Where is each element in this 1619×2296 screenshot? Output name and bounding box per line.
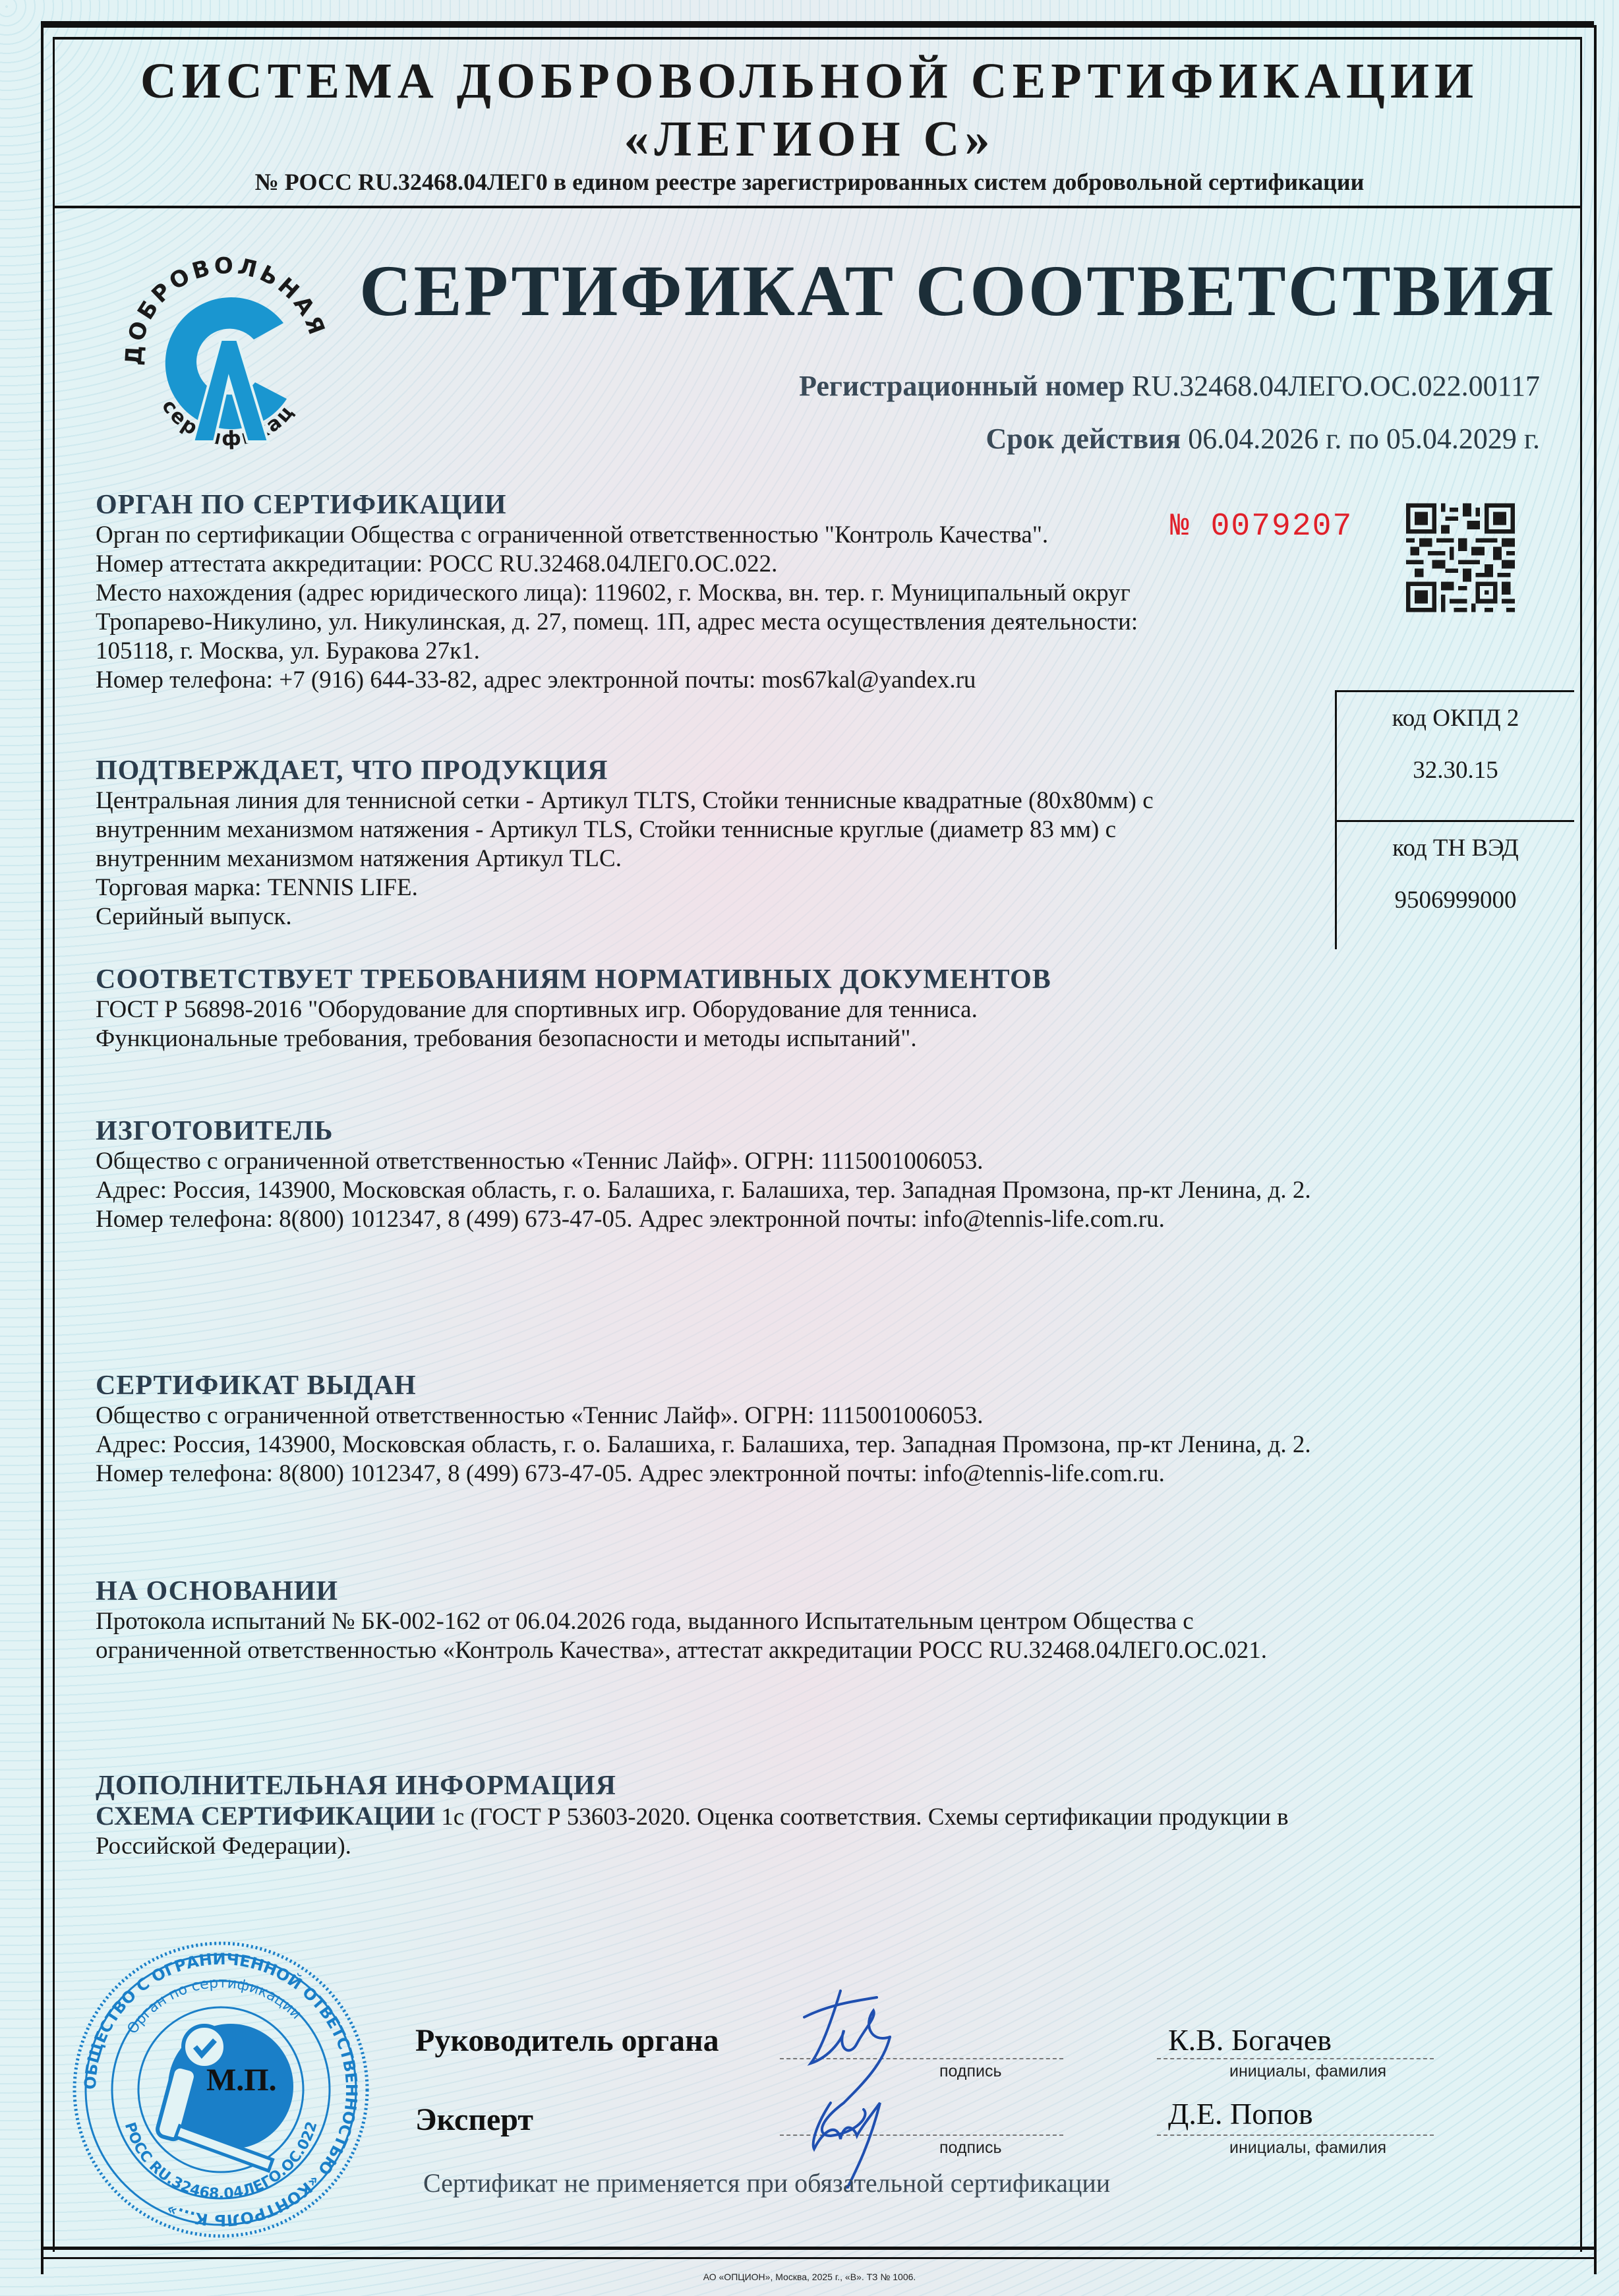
scheme-text: 1с (ГОСТ Р 53603-2020. Оценка соответств…: [435, 1804, 1289, 1831]
manufacturer-line: Общество с ограниченной ответственностью…: [96, 1147, 1572, 1176]
expert-name-caption: инициалы, фамилия: [1229, 2138, 1386, 2158]
head-name-caption: инициалы, фамилия: [1229, 2062, 1386, 2081]
validity-period: Срок действия 06.04.2026 г. по 05.04.202…: [986, 422, 1540, 456]
product-line: внутренним механизмом натяжения Артикул …: [96, 844, 1322, 873]
handwritten-signatures: [791, 1971, 962, 2189]
organ-line: Номер телефона: +7 (916) 644-33-82, адре…: [96, 666, 1348, 695]
certificate-title: СЕРТИФИКАТ СООТВЕТСТВИЯ: [359, 249, 1556, 333]
product-line: Центральная линия для теннисной сетки - …: [96, 786, 1322, 815]
classification-codes-box: код ОКПД 2 32.30.15 код ТН ВЭД 950699900…: [1335, 690, 1574, 949]
basis-heading: НА ОСНОВАНИИ: [96, 1575, 1572, 1607]
tnved-cell: код ТН ВЭД 9506999000: [1337, 820, 1574, 950]
printer-imprint: АО «ОПЦИОН», Москва, 2025 г., «В». ТЗ № …: [0, 2272, 1619, 2282]
organ-line: Номер аттестата аккредитации: РОСС RU.32…: [96, 550, 1348, 579]
bottom-inner-rule: [41, 2257, 1594, 2259]
validity-value: 06.04.2026 г. по 05.04.2029 г.: [1188, 423, 1540, 455]
conformity-line: ГОСТ Р 56898-2016 "Оборудование для спор…: [96, 995, 1546, 1024]
issued-to-heading: СЕРТИФИКАТ ВЫДАН: [96, 1370, 1572, 1401]
manufacturer-section: ИЗГОТОВИТЕЛЬ Общество с ограниченной отв…: [96, 1115, 1572, 1234]
issued-to-line: Общество с ограниченной ответственностью…: [96, 1401, 1572, 1430]
okpd-label: код ОКПД 2: [1337, 692, 1574, 732]
top-inner-rule: [53, 37, 1582, 40]
blank-serial-number: № 0079207: [1170, 509, 1353, 545]
product-line: Серийный выпуск.: [96, 902, 1322, 931]
conformity-section: СООТВЕТСТВУЕТ ТРЕБОВАНИЯМ НОРМАТИВНЫХ ДО…: [96, 964, 1546, 1053]
conformity-line: Функциональные требования, требования бе…: [96, 1024, 1546, 1053]
organ-section: ОРГАН ПО СЕРТИФИКАЦИИ Орган по сертифика…: [96, 489, 1348, 695]
product-section: ПОДТВЕРЖДАЕТ, ЧТО ПРОДУКЦИЯ Центральная …: [96, 755, 1322, 931]
bottom-rule: [41, 2247, 1594, 2250]
head-name: К.В. Богачев: [1168, 2022, 1332, 2057]
system-name: «ЛЕГИОН С»: [0, 111, 1619, 168]
manufacturer-line: Адрес: Россия, 143900, Московская област…: [96, 1176, 1572, 1205]
seal-place-label: М.П.: [206, 2062, 277, 2098]
product-line: внутренним механизмом натяжения - Артику…: [96, 815, 1322, 844]
head-name-line: [1157, 2058, 1434, 2059]
additional-info-section: ДОПОЛНИТЕЛЬНАЯ ИНФОРМАЦИЯ СХЕМА СЕРТИФИК…: [96, 1770, 1572, 1861]
registration-number: Регистрационный номер RU.32468.04ЛЕГО.ОС…: [799, 369, 1540, 403]
basis-line: ограниченной ответственностью «Контроль …: [96, 1636, 1572, 1665]
additional-heading: ДОПОЛНИТЕЛЬНАЯ ИНФОРМАЦИЯ: [96, 1770, 1572, 1802]
registration-label: Регистрационный номер: [799, 370, 1125, 402]
basis-line: Протокола испытаний № БК-002-162 от 06.0…: [96, 1607, 1572, 1636]
inner-right-line: [1580, 37, 1582, 2252]
organ-heading: ОРГАН ПО СЕРТИФИКАЦИИ: [96, 489, 1348, 521]
okpd-value: 32.30.15: [1337, 732, 1574, 784]
top-double-rule: [41, 21, 1594, 25]
organ-line: Место нахождения (адрес юридического лиц…: [96, 579, 1348, 608]
okpd-cell: код ОКПД 2 32.30.15: [1337, 692, 1574, 820]
organ-line: Тропарево-Никулино, ул. Никулинская, д. …: [96, 608, 1348, 637]
voluntary-certification-logo: ДОБРОВОЛЬНАЯ сертификация: [115, 241, 339, 458]
tnved-label: код ТН ВЭД: [1337, 822, 1574, 862]
header-divider: [53, 206, 1582, 208]
product-heading: ПОДТВЕРЖДАЕТ, ЧТО ПРОДУКЦИЯ: [96, 755, 1322, 786]
validity-label: Срок действия: [986, 423, 1181, 455]
expert-name-line: [1157, 2134, 1434, 2136]
organ-line: 105118, г. Москва, ул. Буракова 27к1.: [96, 637, 1348, 666]
inner-left-line: [53, 37, 55, 2252]
head-role-label: Руководитель органа: [415, 2022, 719, 2059]
tnved-value: 9506999000: [1337, 862, 1574, 914]
expert-name: Д.Е. Попов: [1168, 2096, 1313, 2131]
expert-role-label: Эксперт: [415, 2102, 533, 2138]
registration-value: RU.32468.04ЛЕГО.ОС.022.00117: [1132, 370, 1540, 402]
qr-code[interactable]: [1406, 496, 1515, 620]
issued-to-line: Номер телефона: 8(800) 1012347, 8 (499) …: [96, 1459, 1572, 1488]
conformity-heading: СООТВЕТСТВУЕТ ТРЕБОВАНИЯМ НОРМАТИВНЫХ ДО…: [96, 964, 1546, 995]
product-line: Торговая марка: TENNIS LIFE.: [96, 873, 1322, 902]
issued-to-section: СЕРТИФИКАТ ВЫДАН Общество с ограниченной…: [96, 1370, 1572, 1488]
registry-note: № РОСС RU.32468.04ЛЕГ0 в едином реестре …: [0, 168, 1619, 196]
basis-section: НА ОСНОВАНИИ Протокола испытаний № БК-00…: [96, 1575, 1572, 1665]
system-title: СИСТЕМА ДОБРОВОЛЬНОЙ СЕРТИФИКАЦИИ: [0, 53, 1619, 110]
manufacturer-heading: ИЗГОТОВИТЕЛЬ: [96, 1115, 1572, 1147]
issued-to-line: Адрес: Россия, 143900, Московская област…: [96, 1430, 1572, 1459]
organ-line: Орган по сертификации Общества с огранич…: [96, 521, 1348, 550]
scheme-text-continued: Российской Федерации).: [96, 1832, 1572, 1861]
voluntary-notice: Сертификат не применяется при обязательн…: [423, 2167, 1110, 2198]
scheme-label: СХЕМА СЕРТИФИКАЦИИ: [96, 1801, 435, 1831]
manufacturer-line: Номер телефона: 8(800) 1012347, 8 (499) …: [96, 1205, 1572, 1234]
